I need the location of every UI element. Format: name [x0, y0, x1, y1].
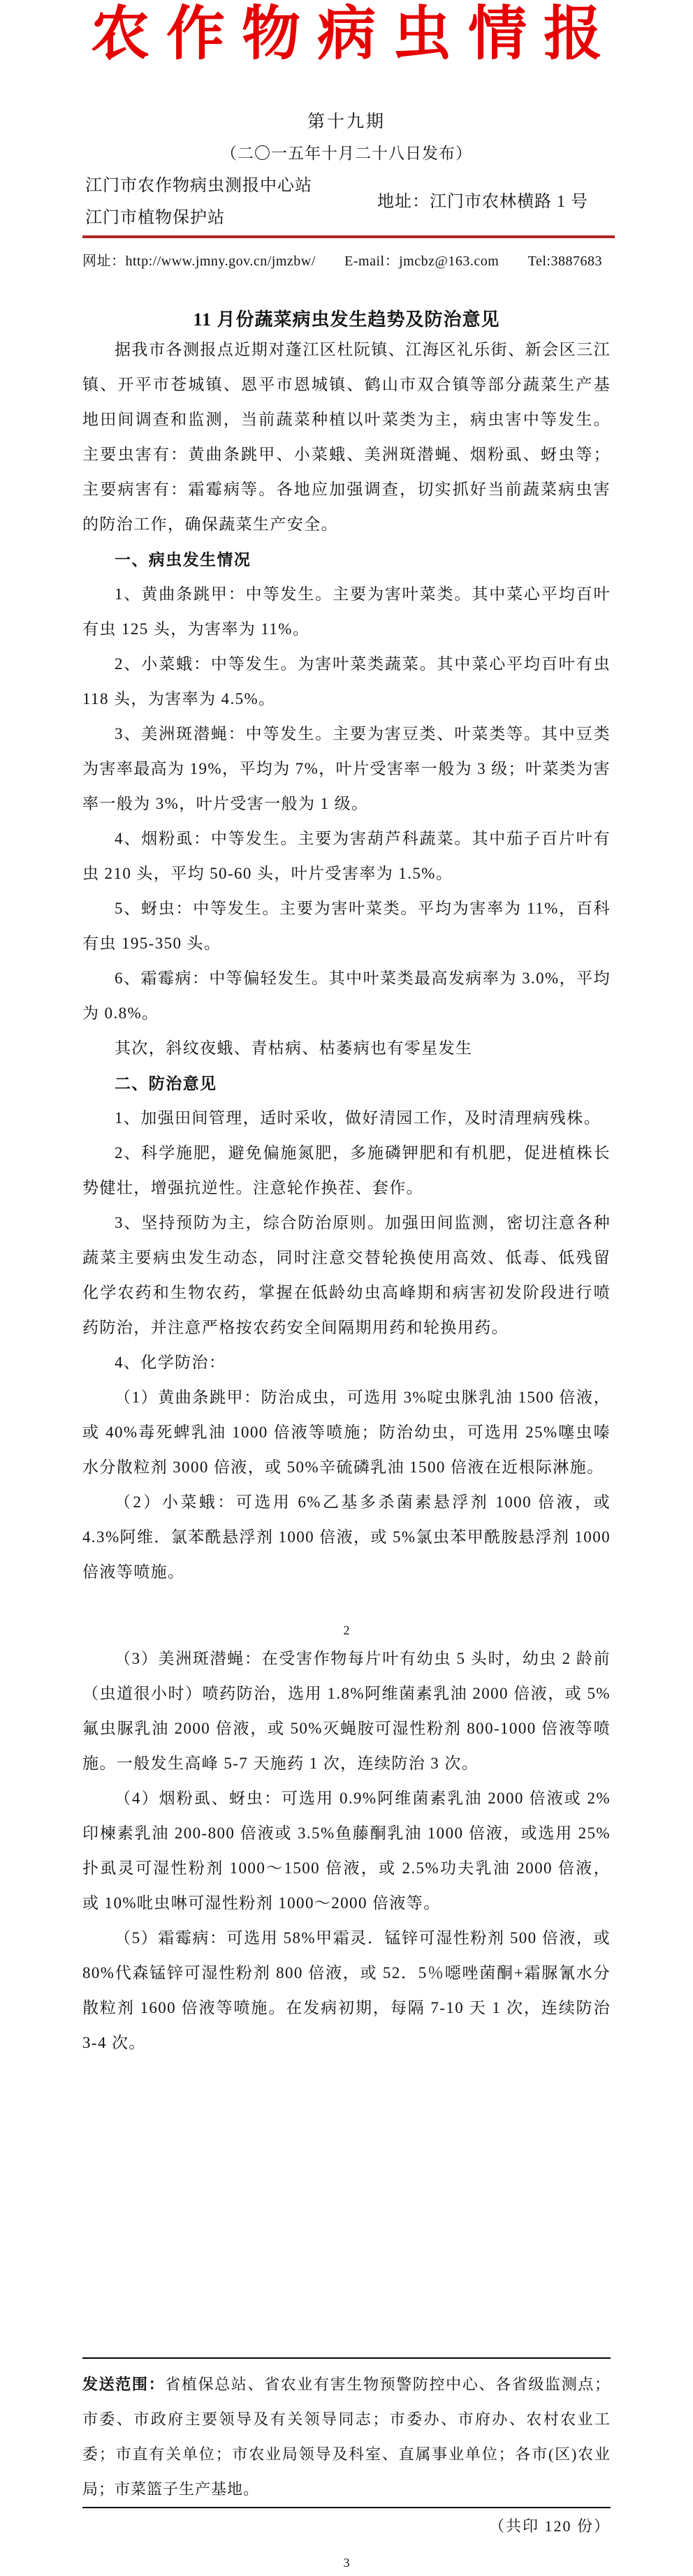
intro-paragraph: 据我市各测报点近期对蓬江区杜阮镇、江海区礼乐街、新会区三江镇、开平市苍城镇、恩平… — [82, 332, 611, 542]
release-date: （二〇一五年十月二十八日发布） — [0, 140, 693, 163]
distribution-label: 发送范围： — [82, 2376, 165, 2393]
telephone-text: Tel:3887683 — [528, 252, 602, 270]
page-number-3: 3 — [0, 2556, 693, 2570]
contact-row: 网址：http://www.jmny.gov.cn/jmzbw/ E-mail：… — [82, 252, 602, 270]
chemical-item-5: （5）霜霉病：可选用 58%甲霜灵．锰锌可湿性粉剂 500 倍液，或 80%代森… — [82, 1921, 611, 2061]
article-body: 11 月份蔬菜病虫发生趋势及防治意见 据我市各测报点近期对蓬江区杜阮镇、江海区礼… — [82, 307, 611, 2061]
website-url: http://www.jmny.gov.cn/jmzbw/ — [126, 254, 316, 269]
bulletin-title: 农作物病虫情报 — [0, 1, 693, 66]
section1-heading: 一、病虫发生情况 — [82, 542, 611, 577]
org-address: 地址：江门市农林横路 1 号 — [377, 187, 588, 212]
website-text: 网址：http://www.jmny.gov.cn/jmzbw/ — [82, 252, 316, 270]
distribution-footer: 发送范围：省植保总站、省农业有害生物预警防控中心、各省级监测点；市委、市政府主要… — [82, 2357, 611, 2543]
control-item-2: 2、科学施肥，避免偏施氮肥，多施磷钾肥和有机肥，促进植株长势健壮，增强抗逆性。注… — [82, 1136, 611, 1206]
chemical-item-2: （2）小菜蛾：可选用 6%乙基多杀菌素悬浮剂 1000 倍液，或 4.3%阿维．… — [82, 1485, 611, 1590]
distribution-text: 省植保总站、省农业有害生物预警防控中心、各省级监测点；市委、市政府主要领导及有关… — [82, 2376, 611, 2498]
chemical-item-1: （1）黄曲条跳甲：防治成虫，可选用 3%啶虫脒乳油 1500 倍液，或 40%毒… — [82, 1380, 611, 1485]
issuing-org-line2: 江门市植物保护站 — [85, 203, 225, 228]
pest-item-1: 1、黄曲条跳甲：中等发生。主要为害叶菜类。其中菜心平均百叶有虫 125 头，为害… — [82, 577, 611, 647]
chemical-item-4: （4）烟粉虱、蚜虫：可选用 0.9%阿维菌素乳油 2000 倍液或 2%印楝素乳… — [82, 1781, 611, 1921]
page-number-2: 2 — [82, 1622, 611, 1639]
section1-note: 其次，斜纹夜蛾、青枯病、枯萎病也有零星发生 — [82, 1031, 611, 1066]
pest-item-2: 2、小菜蛾：中等发生。为害叶菜类蔬菜。其中菜心平均百叶有虫 118 头，为害率为… — [82, 647, 611, 717]
email-label: E-mail： — [344, 254, 399, 269]
website-label: 网址： — [82, 254, 126, 269]
control-item-3: 3、坚持预防为主，综合防治原则。加强田间监测，密切注意各种蔬菜主要病虫发生动态，… — [82, 1206, 611, 1345]
article-title: 11 月份蔬菜病虫发生趋势及防治意见 — [82, 307, 611, 332]
pest-item-4: 4、烟粉虱：中等发生。主要为害葫芦科蔬菜。其中茄子百片叶有虫 210 头，平均 … — [82, 821, 611, 891]
document-page: 农作物病虫情报 第十九期 （二〇一五年十月二十八日发布） 江门市农作物病虫测报中… — [0, 0, 693, 2576]
pest-item-6: 6、霜霉病：中等偏轻发生。其中叶菜类最高发病率为 3.0%，平均为 0.8%。 — [82, 961, 611, 1031]
email-text: E-mail：jmcbz@163.com — [344, 252, 499, 270]
chemical-item-3: （3）美洲斑潜蝇：在受害作物每片叶有幼虫 5 头时，幼虫 2 龄前（虫道很小时）… — [82, 1641, 611, 1781]
distribution-paragraph: 发送范围：省植保总站、省农业有害生物预警防控中心、各省级监测点；市委、市政府主要… — [82, 2367, 611, 2507]
footer-rule-bottom — [82, 2507, 611, 2508]
section2-heading: 二、防治意见 — [82, 1066, 611, 1101]
issue-number: 第十九期 — [0, 108, 693, 133]
control-item-4: 4、化学防治： — [82, 1345, 611, 1380]
print-copies: （共印 120 份） — [82, 2510, 611, 2543]
issuing-org-line1: 江门市农作物病虫测报中心站 — [85, 171, 312, 196]
footer-rule-top — [82, 2357, 611, 2359]
pest-item-5: 5、蚜虫：中等发生。主要为害叶菜类。平均为害率为 11%，百科有虫 195-35… — [82, 891, 611, 961]
control-item-1: 1、加强田间管理，适时采收，做好清园工作，及时清理病残株。 — [82, 1101, 611, 1136]
masthead-red-rule — [82, 235, 615, 238]
email-address: jmcbz@163.com — [399, 254, 499, 269]
pest-item-3: 3、美洲斑潜蝇：中等发生。主要为害豆类、叶菜类等。其中豆类为害率最高为 19%，… — [82, 717, 611, 821]
